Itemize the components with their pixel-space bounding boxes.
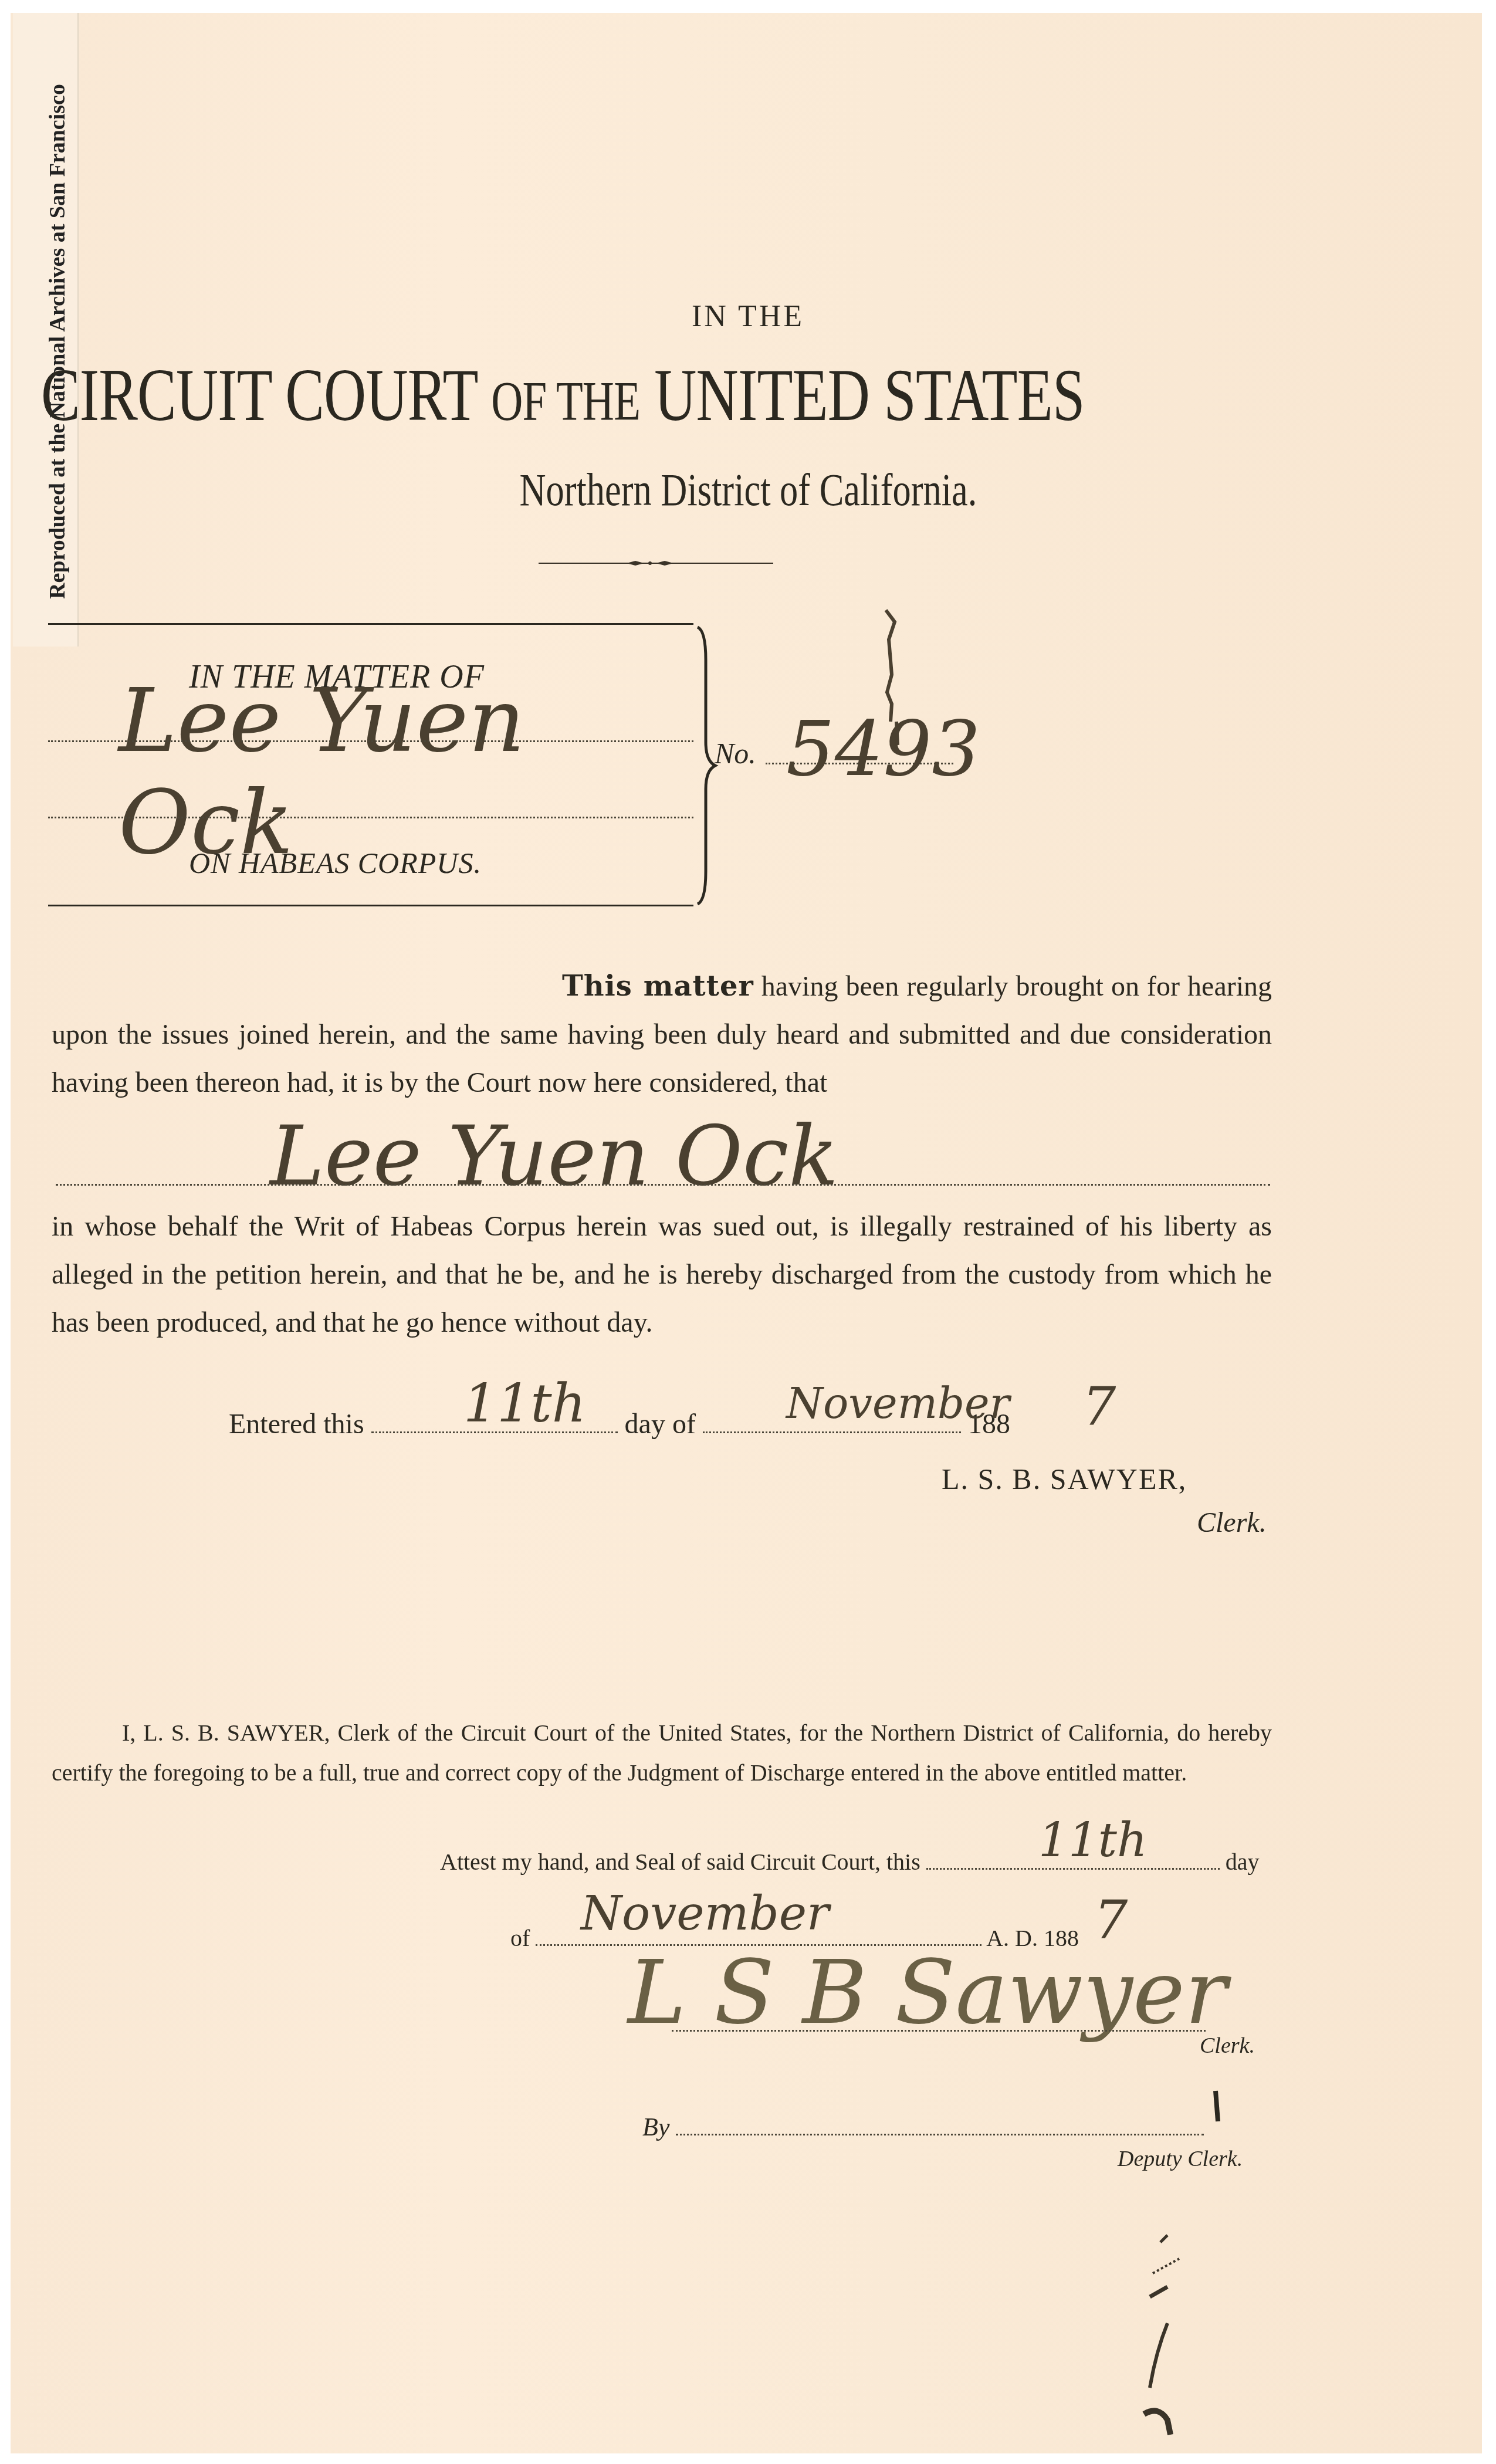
attest-clerk-title: Clerk. [1200,2033,1255,2059]
case-number-label: No. [715,736,756,770]
clerk-title: Clerk. [1197,1507,1267,1539]
petitioner-name-handwritten: Lee Yuen Ock [119,670,693,874]
signature-line [672,2030,1206,2032]
blank-name-line [48,817,693,818]
district-subtitle: Northern District of California. [0,463,1496,516]
clerk-signature-handwritten: L S B Sawyer [628,1942,1227,2044]
ink-mark-icon [1209,2089,1226,2124]
certification-text: I, L. S. B. SAWYER, Clerk of the Circuit… [52,1720,1272,1786]
attest-month-handwritten: November [581,1886,829,1941]
header-preamble: IN THE [0,299,1496,334]
certification-paragraph: I, L. S. B. SAWYER, Clerk of the Circuit… [52,1713,1272,1793]
petitioner-name-line [48,740,693,742]
of-label: of [510,1925,530,1951]
judgment-paragraph-2: in whose behalf the Writ of Habeas Corpu… [52,1203,1272,1347]
clerk-name: L. S. B. SAWYER, [942,1462,1187,1496]
marginal-pencil-mark-icon [874,604,909,745]
attest-day-handwritten: 11th [1038,1813,1147,1867]
ornament-divider-icon [539,560,773,566]
deputy-by-line: By [642,2112,1204,2142]
court-title-part3: UNITED STATES [654,353,1084,436]
entered-month-handwritten: November [786,1379,1010,1428]
entered-label: Entered this [229,1409,364,1440]
court-title: CIRCUIT COURT OF THE UNITED STATES [41,352,1048,438]
deputy-signature-field [676,2128,1204,2135]
lead-words: This matter [562,970,754,1003]
attest-label: Attest my hand, and Seal of said Circuit… [440,1849,920,1875]
attest-day-label: day [1226,1849,1260,1875]
day-of-label: day of [625,1409,696,1440]
entered-year-handwritten: 7 [1082,1376,1116,1437]
district-text: Northern District of California. [519,463,977,516]
deputy-clerk-title: Deputy Clerk. [1118,2146,1243,2172]
entered-day-handwritten: 11th [463,1373,586,1434]
caption-bottom-rule [48,905,693,906]
caption-top-rule [48,623,693,625]
ink-marks-bottom-icon [1126,2218,1209,2464]
court-title-part1: CIRCUIT COURT [41,353,477,436]
petitioner-name-line-2 [56,1184,1270,1186]
case-caption-box: IN THE MATTER OF Lee Yuen Ock ON HABEAS … [48,623,693,905]
petitioner-name-handwritten-2: Lee Yuen Ock [270,1109,838,1204]
judgment-paragraph-1: This matter having been regularly brough… [52,962,1272,1107]
archive-stamp: Reproduced at the National Archives at S… [45,84,70,599]
proceeding-label: ON HABEAS CORPUS. [189,846,482,880]
court-title-part2: OF THE [491,370,640,432]
by-label: By [642,2113,669,2141]
